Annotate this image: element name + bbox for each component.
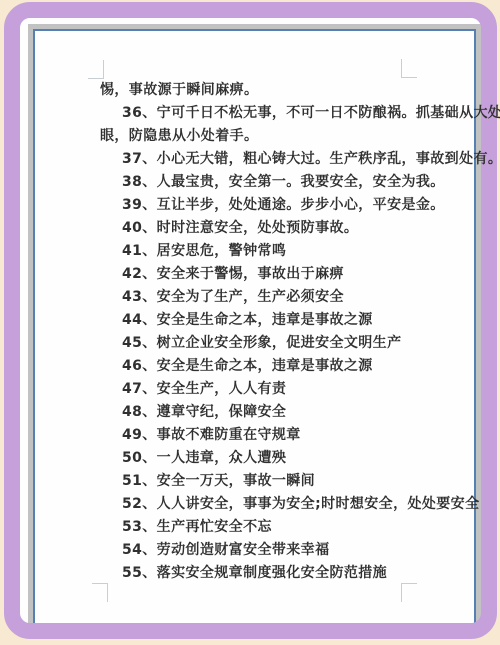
- text-line: 38、人最宝贵，安全第一。我要安全，安全为我。: [100, 171, 475, 194]
- crop-mark-bottom-left: [92, 583, 108, 602]
- crop-mark-bottom-right: [401, 583, 417, 602]
- text-line: 36、宁可千日不松无事，不可一日不防酿祸。抓基础从大处着: [100, 102, 475, 125]
- text-line: 52、人人讲安全，事事为安全;时时想安全，处处要安全: [100, 493, 475, 516]
- crop-mark-top-left: [88, 60, 104, 79]
- text-line: 49、事故不难防重在守规章: [100, 424, 475, 447]
- text-line: 40、时时注意安全，处处预防事故。: [100, 217, 475, 240]
- text-line: 44、安全是生命之本，违章是事故之源: [100, 309, 475, 332]
- text-line: 48、遵章守纪，保障安全: [100, 401, 475, 424]
- text-line: 54、劳动创造财富安全带来幸福: [100, 539, 475, 562]
- text-line: 43、安全为了生产，生产必须安全: [100, 286, 475, 309]
- text-line: 41、居安思危，警钟常鸣: [100, 240, 475, 263]
- text-line: 46、安全是生命之本，违章是事故之源: [100, 355, 475, 378]
- text-line: 45、树立企业安全形象，促进安全文明生产: [100, 332, 475, 355]
- text-line: 42、安全来于警惕，事故出于麻痹: [100, 263, 475, 286]
- text-line: 惕，事故源于瞬间麻痹。: [100, 79, 475, 102]
- crop-mark-top-right: [401, 59, 417, 78]
- text-line: 眼，防隐患从小处着手。: [100, 125, 475, 148]
- text-line: 55、落实安全规章制度强化安全防范措施: [100, 562, 475, 585]
- text-line: 50、一人违章，众人遭殃: [100, 447, 475, 470]
- text-line: 39、互让半步，处处通途。步步小心，平安是金。: [100, 194, 475, 217]
- text-line: 53、生产再忙安全不忘: [100, 516, 475, 539]
- text-line: 47、安全生产，人人有责: [100, 378, 475, 401]
- text-line: 51、安全一万天，事故一瞬间: [100, 470, 475, 493]
- scanned-document-page: { "page": { "background_color": "#f7e9d2…: [0, 0, 500, 645]
- text-line: 37、小心无大错，粗心铸大过。生产秩序乱，事故到处有。: [100, 148, 475, 171]
- slogan-list: 惕，事故源于瞬间麻痹。36、宁可千日不松无事，不可一日不防酿祸。抓基础从大处着眼…: [100, 79, 475, 585]
